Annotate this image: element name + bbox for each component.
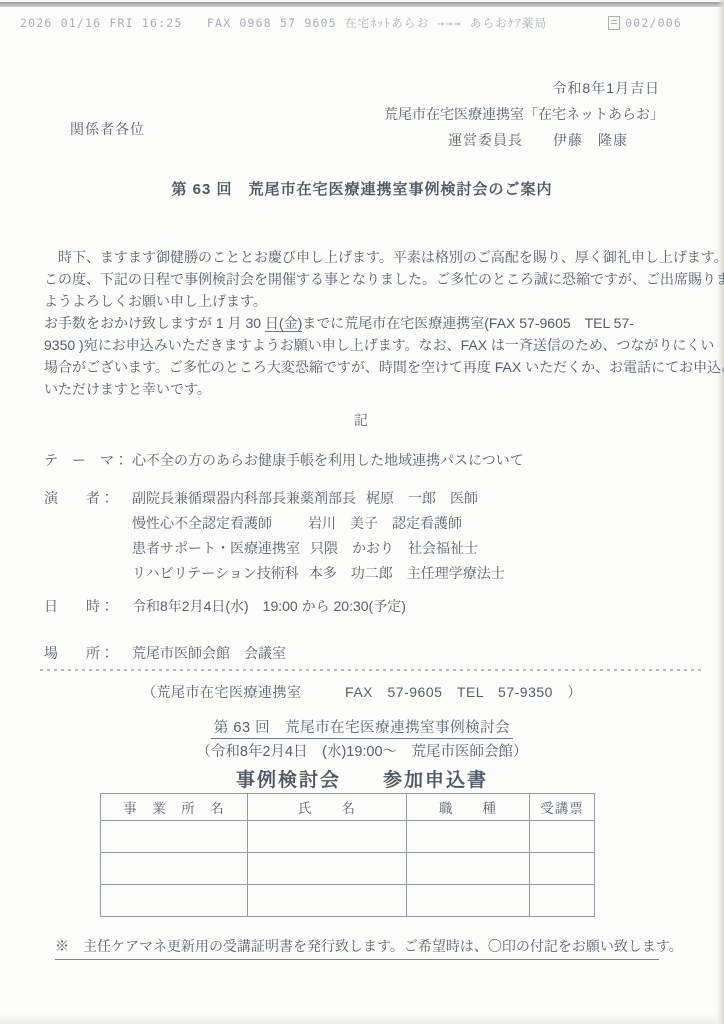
body-line: いただけますと幸いです。: [44, 378, 704, 400]
header-attendance-ticket: 受講票: [530, 794, 595, 821]
table-empty-cell: [248, 885, 407, 917]
table-empty-cell: [248, 853, 407, 885]
reply-meeting-title-wrap: 第 63 回 荒尾市在宅医療連携室事例検討会: [0, 716, 724, 739]
body-line: 場合がございます。ご多忙のところ大変恐縮ですが、時間を空けて再度 FAX いただ…: [44, 356, 704, 378]
reply-meeting-info: （令和8年2月4日 (水)19:00～ 荒尾市医師会館）: [0, 740, 724, 761]
signup-form-title: 事例検討会 参加申込書: [0, 765, 724, 792]
table-empty-cell: [530, 821, 595, 853]
signup-table-body: [101, 821, 595, 917]
fax-transmission-header: 2026 01/16 FRI 16:25 FAX 0968 57 9605 在宅…: [20, 15, 706, 31]
document-title: 第 63 回 荒尾市在宅医療連携室事例検討会のご案内: [0, 178, 724, 199]
table-row: [101, 821, 595, 853]
presenter-line: 患者サポート・医療連携室 只隈 かおり 社会福祉士: [132, 538, 505, 563]
scan-bottom-shade: [0, 1014, 724, 1024]
cut-line-separator: [40, 669, 704, 671]
recipient-line: 関係者各位: [70, 119, 145, 139]
place-value: 荒尾市医師会館 会議室: [132, 643, 286, 663]
datetime-label: 日 時：: [44, 596, 132, 616]
table-empty-cell: [530, 853, 595, 885]
presenter-list: 副院長兼循環器内科部長兼薬剤部長 梶原 一郎 医師 慢性心不全認定看護師 岩川 …: [132, 488, 505, 588]
fax-header-line: 2026 01/16 FRI 16:25 FAX 0968 57 9605 在宅…: [20, 15, 547, 31]
table-empty-cell: [101, 853, 248, 885]
signup-table: 事 業 所 名 氏 名 職 種 受講票: [100, 793, 595, 917]
theme-row: テ ー マ： 心不全の方のあらお健康手帳を利用した地域連携パスについて: [44, 450, 524, 470]
sender-role-and-name: 運営委員長 伊藤 隆康: [448, 130, 628, 150]
body-line: お手数をおかけ致しますが 1 月 30 日(金)までに荒尾市在宅医療連携室(FA…: [44, 312, 704, 334]
reply-contact-line: （荒尾市在宅医療連携室 FAX 57-9605 TEL 57-9350 ）: [0, 682, 724, 702]
record-mark: 記: [0, 410, 724, 430]
table-empty-cell: [248, 821, 407, 853]
body-line: ようよろしくお願い申し上げます。: [44, 290, 704, 312]
table-row: [101, 853, 595, 885]
page-count-text: 002/006: [625, 16, 682, 30]
datetime-value: 令和8年2月4日(水) 19:00 から 20:30(予定): [132, 596, 406, 616]
table-empty-cell: [530, 885, 595, 917]
theme-label: テ ー マ：: [44, 450, 132, 470]
footer-note: ※ 主任ケアマネ更新用の受講証明書を発行致します。ご希望時は、〇印の付記をお願い…: [55, 936, 659, 960]
sender-organization: 荒尾市在宅医療連携室「在宅ネットあらお」: [384, 104, 664, 124]
presenters-row: 演 者： 副院長兼循環器内科部長兼薬剤部長 梶原 一郎 医師 慢性心不全認定看護…: [44, 488, 505, 588]
scan-right-edge: [717, 0, 724, 1024]
presenter-line: 慢性心不全認定看護師 岩川 美子 認定看護師: [132, 513, 505, 538]
presenters-label: 演 者：: [44, 488, 132, 588]
scan-top-edge: [0, 2, 724, 7]
place-row: 場 所： 荒尾市医師会館 会議室: [44, 643, 286, 663]
table-header-row: 事 業 所 名 氏 名 職 種 受講票: [101, 794, 595, 821]
header-person-name: 氏 名: [248, 794, 407, 821]
table-empty-cell: [407, 885, 530, 917]
datetime-row: 日 時： 令和8年2月4日(水) 19:00 から 20:30(予定): [44, 596, 406, 616]
table-row: [101, 885, 595, 917]
issue-date: 令和8年1月吉日: [552, 78, 660, 98]
deadline-underlined: 日(金): [265, 315, 302, 332]
scanned-fax-page: 2026 01/16 FRI 16:25 FAX 0968 57 9605 在宅…: [0, 0, 724, 1024]
body-line: この度、下記の日程で事例検討会を開催する事となりました。ご多忙のところ誠に恐縮で…: [44, 268, 704, 290]
theme-value: 心不全の方のあらお健康手帳を利用した地域連携パスについて: [132, 450, 524, 470]
table-empty-cell: [101, 885, 248, 917]
table-empty-cell: [407, 821, 530, 853]
header-office-name: 事 業 所 名: [101, 794, 248, 821]
body-line: 時下、ますます御健勝のこととお慶び申し上げます。平素は格別のご高配を賜り、厚く御…: [44, 246, 704, 268]
table-empty-cell: [101, 821, 248, 853]
page-count-icon: [608, 16, 620, 30]
reply-meeting-title: 第 63 回 荒尾市在宅医療連携室事例検討会: [211, 716, 513, 739]
header-job-type: 職 種: [407, 794, 530, 821]
body-paragraph: 時下、ますます御健勝のこととお慶び申し上げます。平素は格別のご高配を賜り、厚く御…: [44, 246, 704, 400]
fax-page-indicator: 002/006: [608, 16, 682, 30]
table-empty-cell: [407, 853, 530, 885]
body-line: 9350 )宛にお申込みいただきますようお願い申し上げます。なお、FAX は一斉…: [44, 334, 704, 356]
presenter-line: 副院長兼循環器内科部長兼薬剤部長 梶原 一郎 医師: [132, 488, 505, 513]
presenter-line: リハビリテーション技術科 本多 功二郎 主任理学療法士: [132, 563, 505, 588]
place-label: 場 所：: [44, 643, 132, 663]
